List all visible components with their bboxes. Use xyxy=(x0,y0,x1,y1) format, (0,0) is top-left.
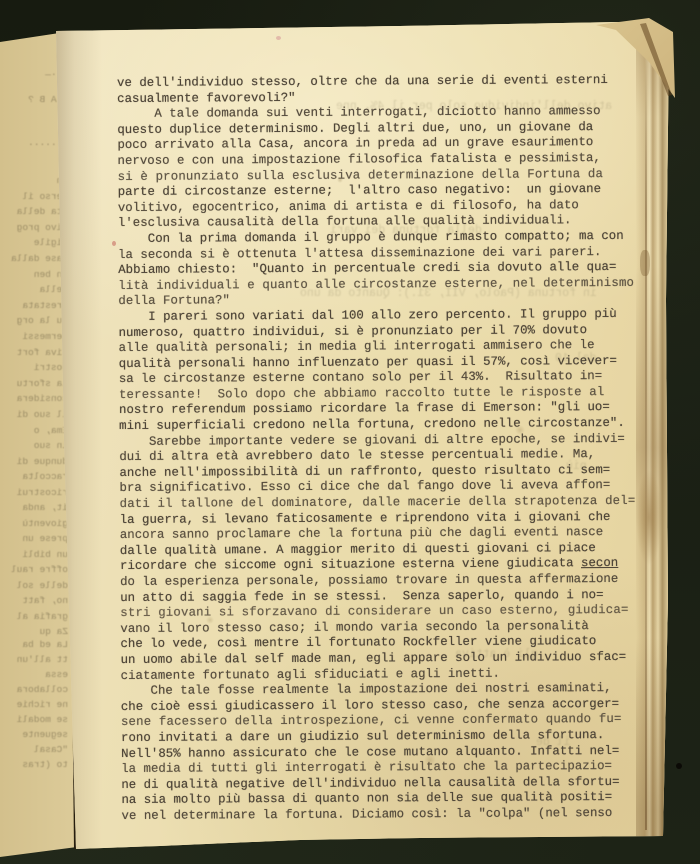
ghost-line: dunque di xyxy=(2,457,68,467)
ghost-line: essa xyxy=(2,670,68,680)
ghost-line: la sfortu xyxy=(2,379,68,389)
pink-speck xyxy=(276,36,281,40)
ghost-line: gioventù xyxy=(2,519,68,529)
ghost-line: grafia al xyxy=(2,612,68,622)
text-line: ve nel determinare la fortuna. Diciamo c… xyxy=(121,806,655,825)
ghost-line: se modali xyxy=(2,715,68,725)
red-ink-speck xyxy=(112,241,116,246)
ghost-line: Ema, o xyxy=(2,426,68,436)
ghost-line: La ed ba xyxy=(2,640,68,650)
edge-smudge xyxy=(640,250,650,276)
ghost-line: prese un xyxy=(2,534,68,544)
scanned-page-photo: —··—· A B ?·······Inverso ilata dellaviv… xyxy=(0,0,700,864)
text-line: alle qualità personali; in media gli int… xyxy=(119,338,653,357)
ghost-line: ne richie xyxy=(2,700,68,710)
ghost-line: Nella xyxy=(2,285,68,295)
ghost-line: "Casal xyxy=(2,745,68,755)
text-line: A tale domanda sui venti interrogati, di… xyxy=(117,104,651,123)
ghost-line: un ben xyxy=(2,270,68,280)
ghost-line: to (tras xyxy=(2,760,68,770)
text-line: Sarebbe importante vedere se giovani di … xyxy=(119,431,653,450)
text-line: la media di tutti gli interrogati è risu… xyxy=(121,759,655,778)
ghost-line: verso il xyxy=(2,192,68,202)
text-line: dati il tallone del dominatore, dalle ma… xyxy=(120,494,654,513)
text-line: sene facessero della introspezione, ci v… xyxy=(121,712,655,731)
ghost-line: permessi xyxy=(2,332,68,342)
ghost-line: in suo xyxy=(2,441,68,451)
text-line: ciatamente fortunato agli sfiduciati e a… xyxy=(121,665,655,684)
text-line: volitivo, egocentrico, anima di artista … xyxy=(118,197,652,216)
ghost-line: no, fatt xyxy=(2,596,68,606)
ghost-line: prestata xyxy=(2,301,68,311)
ghost-line: seguente xyxy=(2,730,68,740)
typed-text-block: ve dell'individuo stesso, oltre che da u… xyxy=(117,73,656,825)
ghost-line: considera xyxy=(2,394,68,404)
ghost-line: vivo prog xyxy=(2,223,68,233)
ghost-line: ······· xyxy=(2,140,68,150)
ghost-line: In xyxy=(2,176,68,186)
text-line: ancora sanno proclamare che la fortuna p… xyxy=(120,525,654,544)
ghost-line: it, anda xyxy=(2,503,68,513)
ghost-line: delle sol xyxy=(2,581,68,591)
ghost-line: ata della xyxy=(2,207,68,217)
text-line: della Fortuna?" xyxy=(118,291,652,310)
ghost-line: su la org xyxy=(2,316,68,326)
text-line: vano il loro stesso caso; il mondo varia… xyxy=(120,619,654,638)
ghost-line: ricostrui xyxy=(2,488,68,498)
ghost-line: fase dalla xyxy=(2,254,68,264)
ghost-line: nostri xyxy=(2,363,68,373)
dark-speck xyxy=(676,763,682,769)
text-line: do la esperienza personale, possiamo tro… xyxy=(120,572,654,591)
text-line: teressante! Solo dopo che abbiamo raccol… xyxy=(119,385,653,404)
text-line: ve dell'individuo stesso, oltre che da u… xyxy=(117,73,651,92)
ghost-line: un bibli xyxy=(2,550,68,560)
ghost-line: collabora xyxy=(2,685,68,695)
ghost-line: Vigile xyxy=(2,238,68,248)
ghost-line: siva fort xyxy=(2,348,68,358)
ghost-line: raccolta xyxy=(2,472,68,482)
text-line: si è pronunziato sulla esclusiva determi… xyxy=(118,166,652,185)
text-line: la seconda si è ottenuta l'attesa dissem… xyxy=(118,244,652,263)
ghost-line: offre raul xyxy=(2,565,68,575)
ghost-line: Za qu xyxy=(2,627,68,637)
ghost-line: tt all'un xyxy=(2,655,68,665)
ghost-line: il suo di xyxy=(2,410,68,420)
